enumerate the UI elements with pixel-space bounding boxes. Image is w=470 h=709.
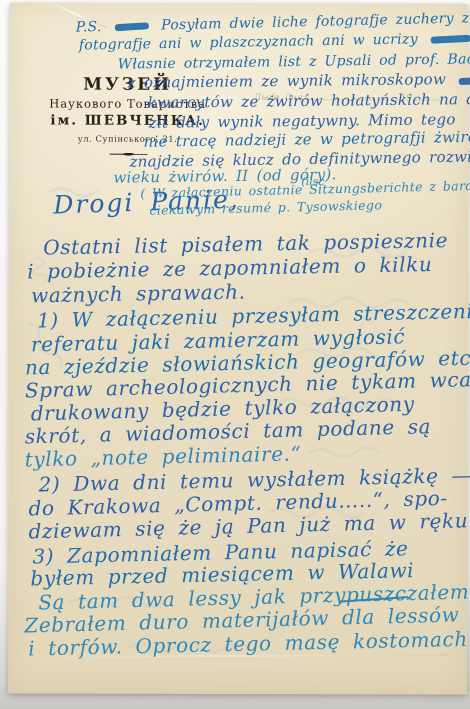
body-line: ważnych sprawach. [31,280,246,308]
letter-paper-sheet: МУЗЕЙ Наукового Товариства ім. ШЕВЧЕНКА.… [8,2,469,694]
crossed-out-word [430,34,470,43]
scanned-letter: МУЗЕЙ Наукового Товариства ім. ШЕВЧЕНКА.… [0,0,470,709]
handwriting-line: kwarcytów ze żwirów hołatyńskich na dala… [148,89,470,112]
postscript-text: P.S. [76,19,102,36]
crossed-out-word [459,75,470,85]
crossed-out-word [114,22,148,31]
handwriting-text: z oznajmieniem ze wynik mikroskopow [128,70,447,92]
